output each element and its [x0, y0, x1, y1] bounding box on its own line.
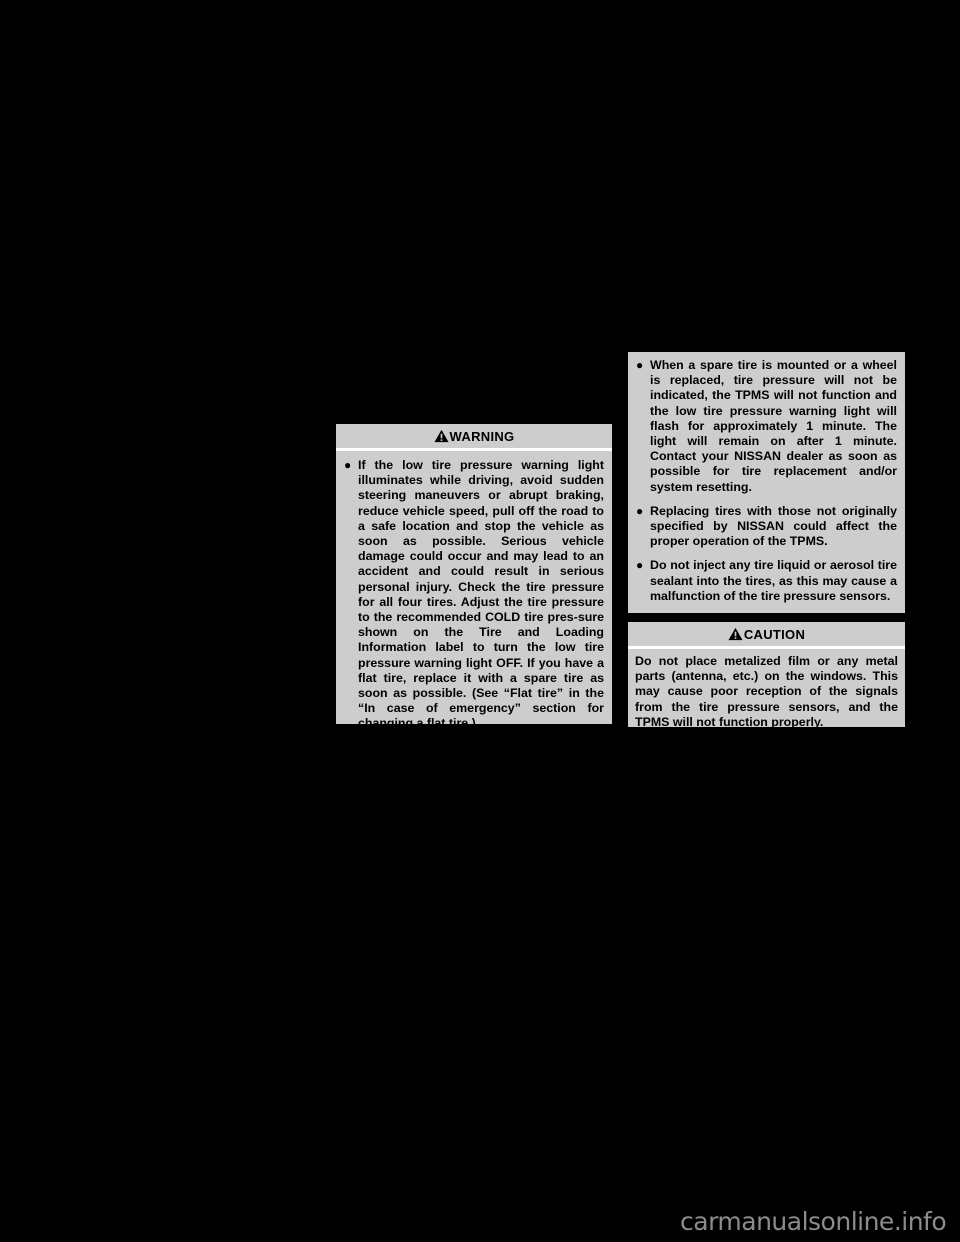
- watermark-text: carmanualsonline.info: [680, 1207, 946, 1236]
- caution-box: CAUTION Do not place metalized film or a…: [628, 622, 905, 727]
- warning-triangle-icon: [434, 429, 449, 443]
- caution-header: CAUTION: [628, 622, 905, 649]
- notes-box: ● When a spare tire is mounted or a whee…: [628, 352, 905, 613]
- notes-bullet: ● When a spare tire is mounted or a whee…: [636, 358, 897, 495]
- caution-body: Do not place metalized film or any metal…: [628, 649, 905, 735]
- warning-triangle-icon: [728, 627, 743, 641]
- bullet-icon: ●: [636, 358, 650, 495]
- notes-bullet-text: Replacing tires with those not originall…: [650, 504, 897, 550]
- warning-header: WARNING: [336, 424, 612, 451]
- bullet-icon: ●: [636, 558, 650, 604]
- warning-bullet: ● If the low tire pressure warning light…: [344, 458, 604, 732]
- notes-bullet: ● Do not inject any tire liquid or aeros…: [636, 558, 897, 604]
- notes-bullet-text: Do not inject any tire liquid or aerosol…: [650, 558, 897, 604]
- warning-title: WARNING: [450, 429, 515, 444]
- caution-title: CAUTION: [744, 627, 805, 642]
- bullet-icon: ●: [636, 504, 650, 550]
- notes-body: ● When a spare tire is mounted or a whee…: [628, 352, 905, 610]
- warning-box: WARNING ● If the low tire pressure warni…: [336, 424, 612, 724]
- warning-body: ● If the low tire pressure warning light…: [336, 451, 612, 738]
- notes-bullet: ● Replacing tires with those not origina…: [636, 504, 897, 550]
- warning-bullet-text: If the low tire pressure warning light i…: [358, 458, 604, 732]
- bullet-icon: ●: [344, 458, 358, 732]
- notes-bullet-text: When a spare tire is mounted or a wheel …: [650, 358, 897, 495]
- caution-text: Do not place metalized film or any metal…: [635, 654, 898, 730]
